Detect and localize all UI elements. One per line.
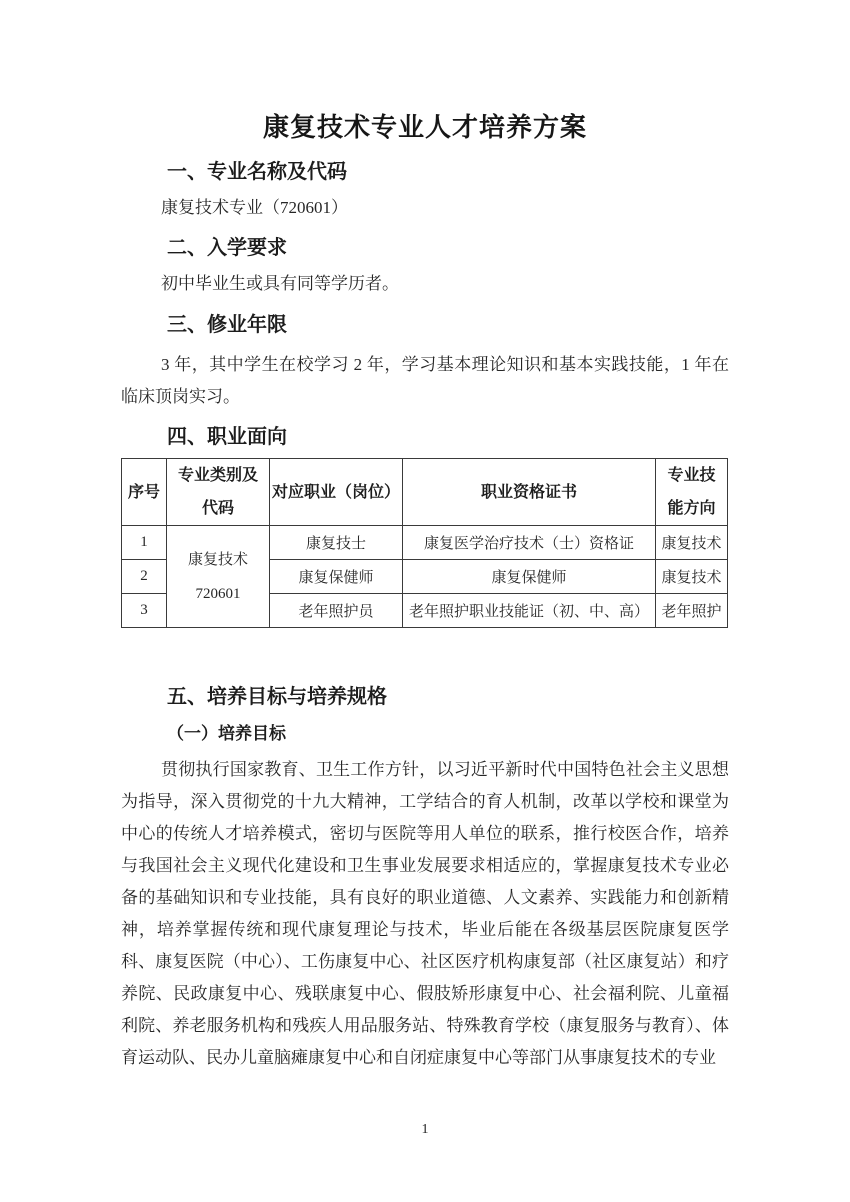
career-orientation-table: 序号 专业类别及 代码 对应职业（岗位） 职业资格证书 专业技 能方向 1 康复…	[121, 458, 728, 628]
col-header-certificate: 职业资格证书	[403, 459, 656, 526]
section-heading-3: 三、修业年限	[121, 312, 729, 338]
col-header-category-line2: 代码	[167, 492, 269, 525]
paragraph-entry-requirement: 初中毕业生或具有同等学历者。	[121, 268, 729, 300]
cell-certificate: 老年照护职业技能证（初、中、高）	[403, 594, 656, 628]
table-header-row: 序号 专业类别及 代码 对应职业（岗位） 职业资格证书 专业技 能方向	[122, 459, 728, 526]
paragraph-study-duration: 3 年，其中学生在校学习 2 年，学习基本理论知识和基本实践技能，1 年在临床顶…	[121, 349, 729, 413]
page-number: 1	[121, 1120, 729, 1140]
paragraph-training-goal: 贯彻执行国家教育、卫生工作方针，以习近平新时代中国特色社会主义思想为指导，深入贯…	[121, 754, 729, 1074]
section-heading-4: 四、职业面向	[121, 424, 729, 450]
col-header-skill-direction-line1: 专业技	[656, 459, 727, 492]
cell-job: 康复保健师	[270, 560, 403, 594]
cell-certificate: 康复医学治疗技术（士）资格证	[403, 526, 656, 560]
section-heading-1: 一、专业名称及代码	[121, 159, 729, 185]
section-heading-2: 二、入学要求	[121, 235, 729, 261]
cell-seq: 1	[122, 526, 167, 560]
section-heading-5: 五、培养目标与培养规格	[121, 684, 729, 710]
col-header-skill-direction-line2: 能方向	[656, 492, 727, 525]
cell-job: 康复技士	[270, 526, 403, 560]
col-header-category: 专业类别及 代码	[167, 459, 270, 526]
cell-category-name: 康复技术	[167, 543, 269, 577]
cell-category-code: 720601	[167, 577, 269, 611]
col-header-category-line1: 专业类别及	[167, 459, 269, 492]
col-header-skill-direction: 专业技 能方向	[656, 459, 728, 526]
cell-skill-direction: 康复技术	[656, 560, 728, 594]
sub-heading-training-goal: （一）培养目标	[121, 721, 729, 747]
cell-job: 老年照护员	[270, 594, 403, 628]
col-header-job: 对应职业（岗位）	[270, 459, 403, 526]
document-page: 康复技术专业人才培养方案 一、专业名称及代码 康复技术专业（720601） 二、…	[121, 107, 729, 1140]
document-title: 康复技术专业人才培养方案	[121, 107, 729, 147]
cell-skill-direction: 老年照护	[656, 594, 728, 628]
cell-certificate: 康复保健师	[403, 560, 656, 594]
col-header-seq: 序号	[122, 459, 167, 526]
cell-skill-direction: 康复技术	[656, 526, 728, 560]
table-row: 1 康复技术 720601 康复技士 康复医学治疗技术（士）资格证 康复技术	[122, 526, 728, 560]
cell-category-merged: 康复技术 720601	[167, 526, 270, 628]
cell-seq: 2	[122, 560, 167, 594]
cell-seq: 3	[122, 594, 167, 628]
paragraph-major-name-code: 康复技术专业（720601）	[121, 192, 729, 224]
